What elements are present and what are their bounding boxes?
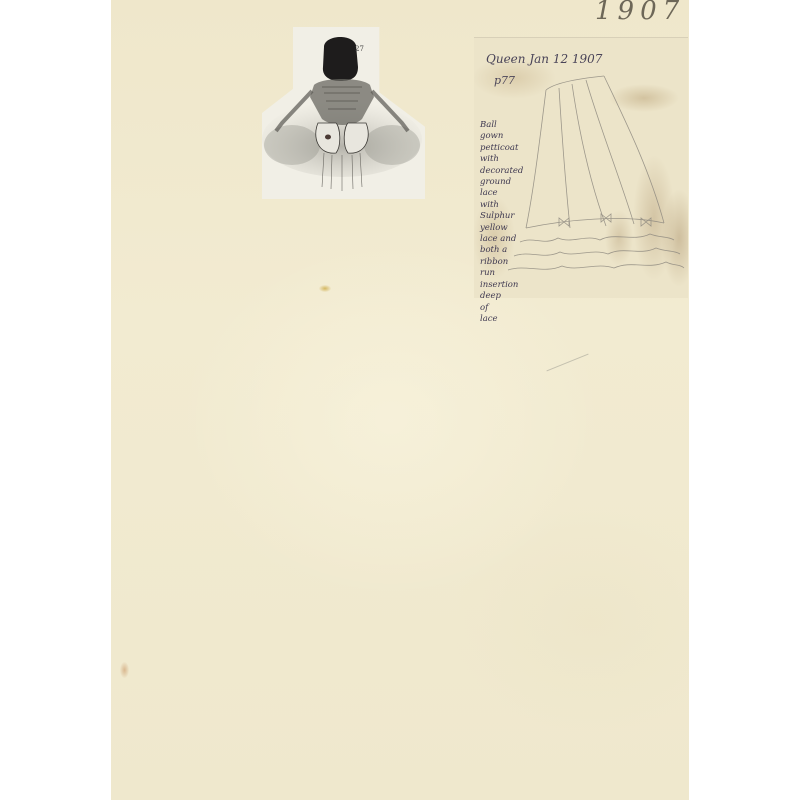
note-line: Ball	[480, 120, 518, 131]
pencil-sketch-card: Queen Jan 12 1907 p77 Ball gown petticoa…	[474, 37, 688, 298]
note-line: lace	[480, 188, 518, 199]
note-line: lace	[480, 314, 518, 325]
note-line: gown	[480, 131, 518, 142]
plate-number: 27	[355, 45, 364, 53]
note-line: with	[480, 154, 518, 165]
sketch-caption-title: Queen Jan 12 1907	[486, 53, 602, 65]
note-line: both a	[480, 245, 518, 256]
handwritten-notes: Ball gown petticoat with decorated groun…	[480, 120, 518, 325]
note-line: with	[480, 200, 518, 211]
note-line: insertion	[480, 280, 518, 291]
yellow-stain-mark	[319, 285, 331, 292]
note-line: deep	[480, 291, 518, 302]
note-line: decorated	[480, 166, 518, 177]
note-line: ribbon	[480, 257, 518, 268]
note-line: ground	[480, 177, 518, 188]
note-line: Sulphur	[480, 211, 518, 222]
year-annotation: 1907	[595, 0, 685, 26]
note-line: run	[480, 268, 518, 279]
note-line: lace and	[480, 234, 518, 245]
note-line: of	[480, 303, 518, 314]
edge-stain-mark	[120, 662, 129, 678]
note-line: yellow	[480, 223, 518, 234]
note-line: petticoat	[480, 143, 518, 154]
sketch-caption-ref: p77	[494, 75, 515, 86]
